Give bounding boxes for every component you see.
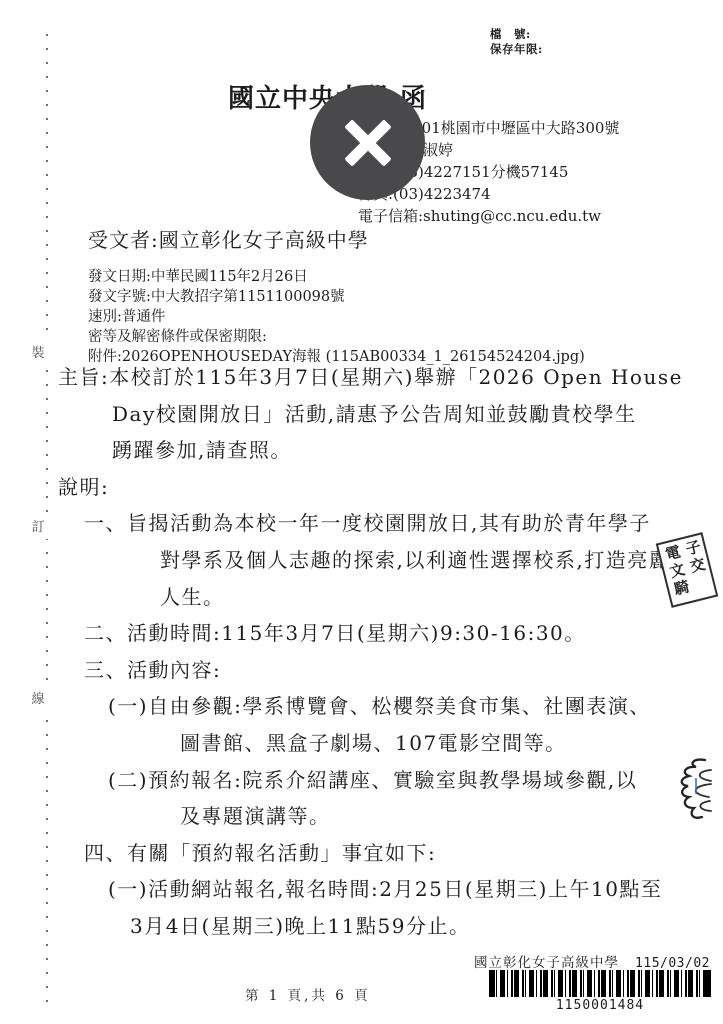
file-number-label: 檔 號: (490, 27, 543, 42)
scribble-stroke-inner (696, 770, 711, 811)
footer-date: 115/03/02 (635, 956, 710, 971)
barcode-number: 1150001484 (489, 998, 711, 1013)
body: 主旨:本校訂於115年3月7日(星期六)舉辦「2026 Open HouseDa… (0, 359, 723, 945)
body-line: (一)活動網站報名,報名時間:2月25日(星期三)上午10點至 (0, 871, 723, 908)
body-line: 四、有關「預約報名活動」事宜如下: (0, 835, 723, 872)
body-line: 一、旨揭活動為本校一年一度校園開放日,其有助於青年學子 (0, 505, 723, 542)
body-line: 三、活動內容: (0, 652, 723, 689)
body-line: 人生。 (0, 579, 723, 616)
retention-label: 保存年限: (490, 42, 543, 57)
body-line: (一)自由參觀:學系博覽會、松櫻祭美食市集、社團表演、 (0, 688, 723, 725)
dispatch-number: 發文字號:中大教招字第1151100098號 (88, 287, 585, 307)
recipient-line: 受文者:國立彰化女子高級中學 (88, 224, 369, 253)
body-line: 及專題演講等。 (0, 798, 723, 835)
body-line: 3月4日(星期三)晚上11點59分止。 (0, 908, 723, 945)
broken-image-placeholder (310, 85, 425, 200)
security-class: 密等及解密條件或保密期限: (88, 327, 585, 347)
body-line: (二)預約報名:院系介紹講座、實驗室與教學場域參觀,以 (0, 762, 723, 799)
page-number: 第 1 頁,共 6 頁 (245, 984, 371, 1004)
barcode (489, 970, 711, 997)
body-line: 踴躍參加,請查照。 (0, 432, 723, 469)
footer-school-line: 國立彰化女子高級中學115/03/02 (474, 951, 710, 971)
body-line: 說明: (0, 469, 723, 506)
footer-school-name: 國立彰化女子高級中學 (474, 955, 619, 971)
dispatch-date: 發文日期:中華民國115年2月26日 (88, 267, 585, 287)
priority: 速別:普通件 (88, 307, 585, 327)
body-line: Day校園開放日」活動,請惠予公告周知並鼓勵貴校學生 (0, 396, 723, 433)
contact-email: 電子信箱:shuting@cc.ncu.edu.tw (358, 205, 619, 227)
official-letter-page: 裝 訂 線 檔 號: 保存年限: 國立中央大學 函 地址:32001桃園市中壢區… (0, 0, 723, 1024)
file-number-block: 檔 號: 保存年限: (490, 27, 543, 56)
dispatch-meta-block: 發文日期:中華民國115年2月26日 發文字號:中大教招字第1151100098… (88, 267, 585, 367)
body-line: 對學系及個人志趣的探索,以利適性選擇校系,打造亮麗 (0, 542, 723, 579)
stamp-column-right: 子交 (683, 538, 706, 577)
body-line: 二、活動時間:115年3月7日(星期六)9:30-16:30。 (0, 615, 723, 652)
body-line: 圖書館、黑盒子劇場、107電影空間等。 (0, 725, 723, 762)
signature-scribble (678, 756, 714, 826)
body-line: 主旨:本校訂於115年3月7日(星期六)舉辦「2026 Open House (0, 359, 723, 396)
